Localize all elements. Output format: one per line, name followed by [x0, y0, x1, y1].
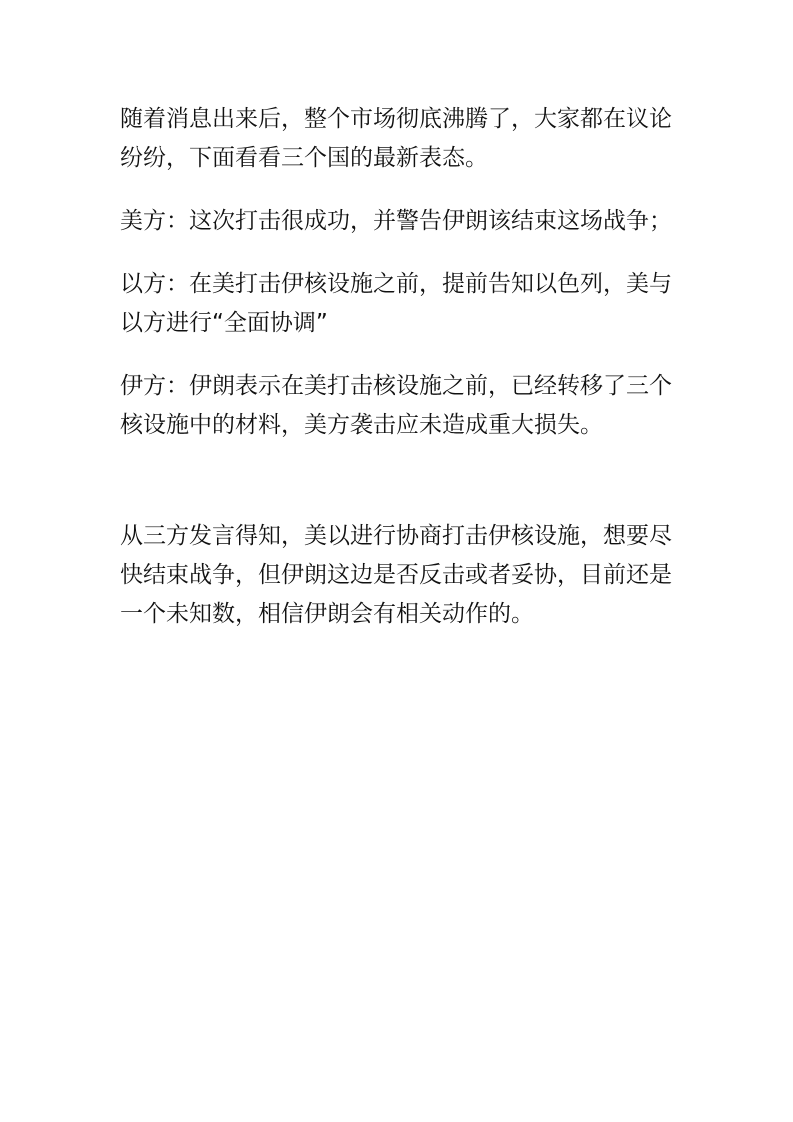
paragraph-us-stance: 美方：这次打击很成功，并警告伊朗该结束这场战争； [120, 202, 676, 241]
blank-line [120, 469, 676, 517]
paragraph-conclusion: 从三方发言得知，美以进行协商打击伊核设施，想要尽快结束战争，但伊朗这边是否反击或… [120, 517, 676, 634]
paragraph-iran-stance: 伊方：伊朗表示在美打击核设施之前，已经转移了三个核设施中的材料，美方袭击应未造成… [120, 367, 676, 445]
paragraph-israel-stance: 以方：在美打击伊核设施之前，提前告知以色列，美与以方进行“全面协调” [120, 265, 676, 343]
document-page: 随着消息出来后，整个市场彻底沸腾了，大家都在议论纷纷，下面看看三个国的最新表态。… [120, 100, 676, 658]
paragraph-intro: 随着消息出来后，整个市场彻底沸腾了，大家都在议论纷纷，下面看看三个国的最新表态。 [120, 100, 676, 178]
